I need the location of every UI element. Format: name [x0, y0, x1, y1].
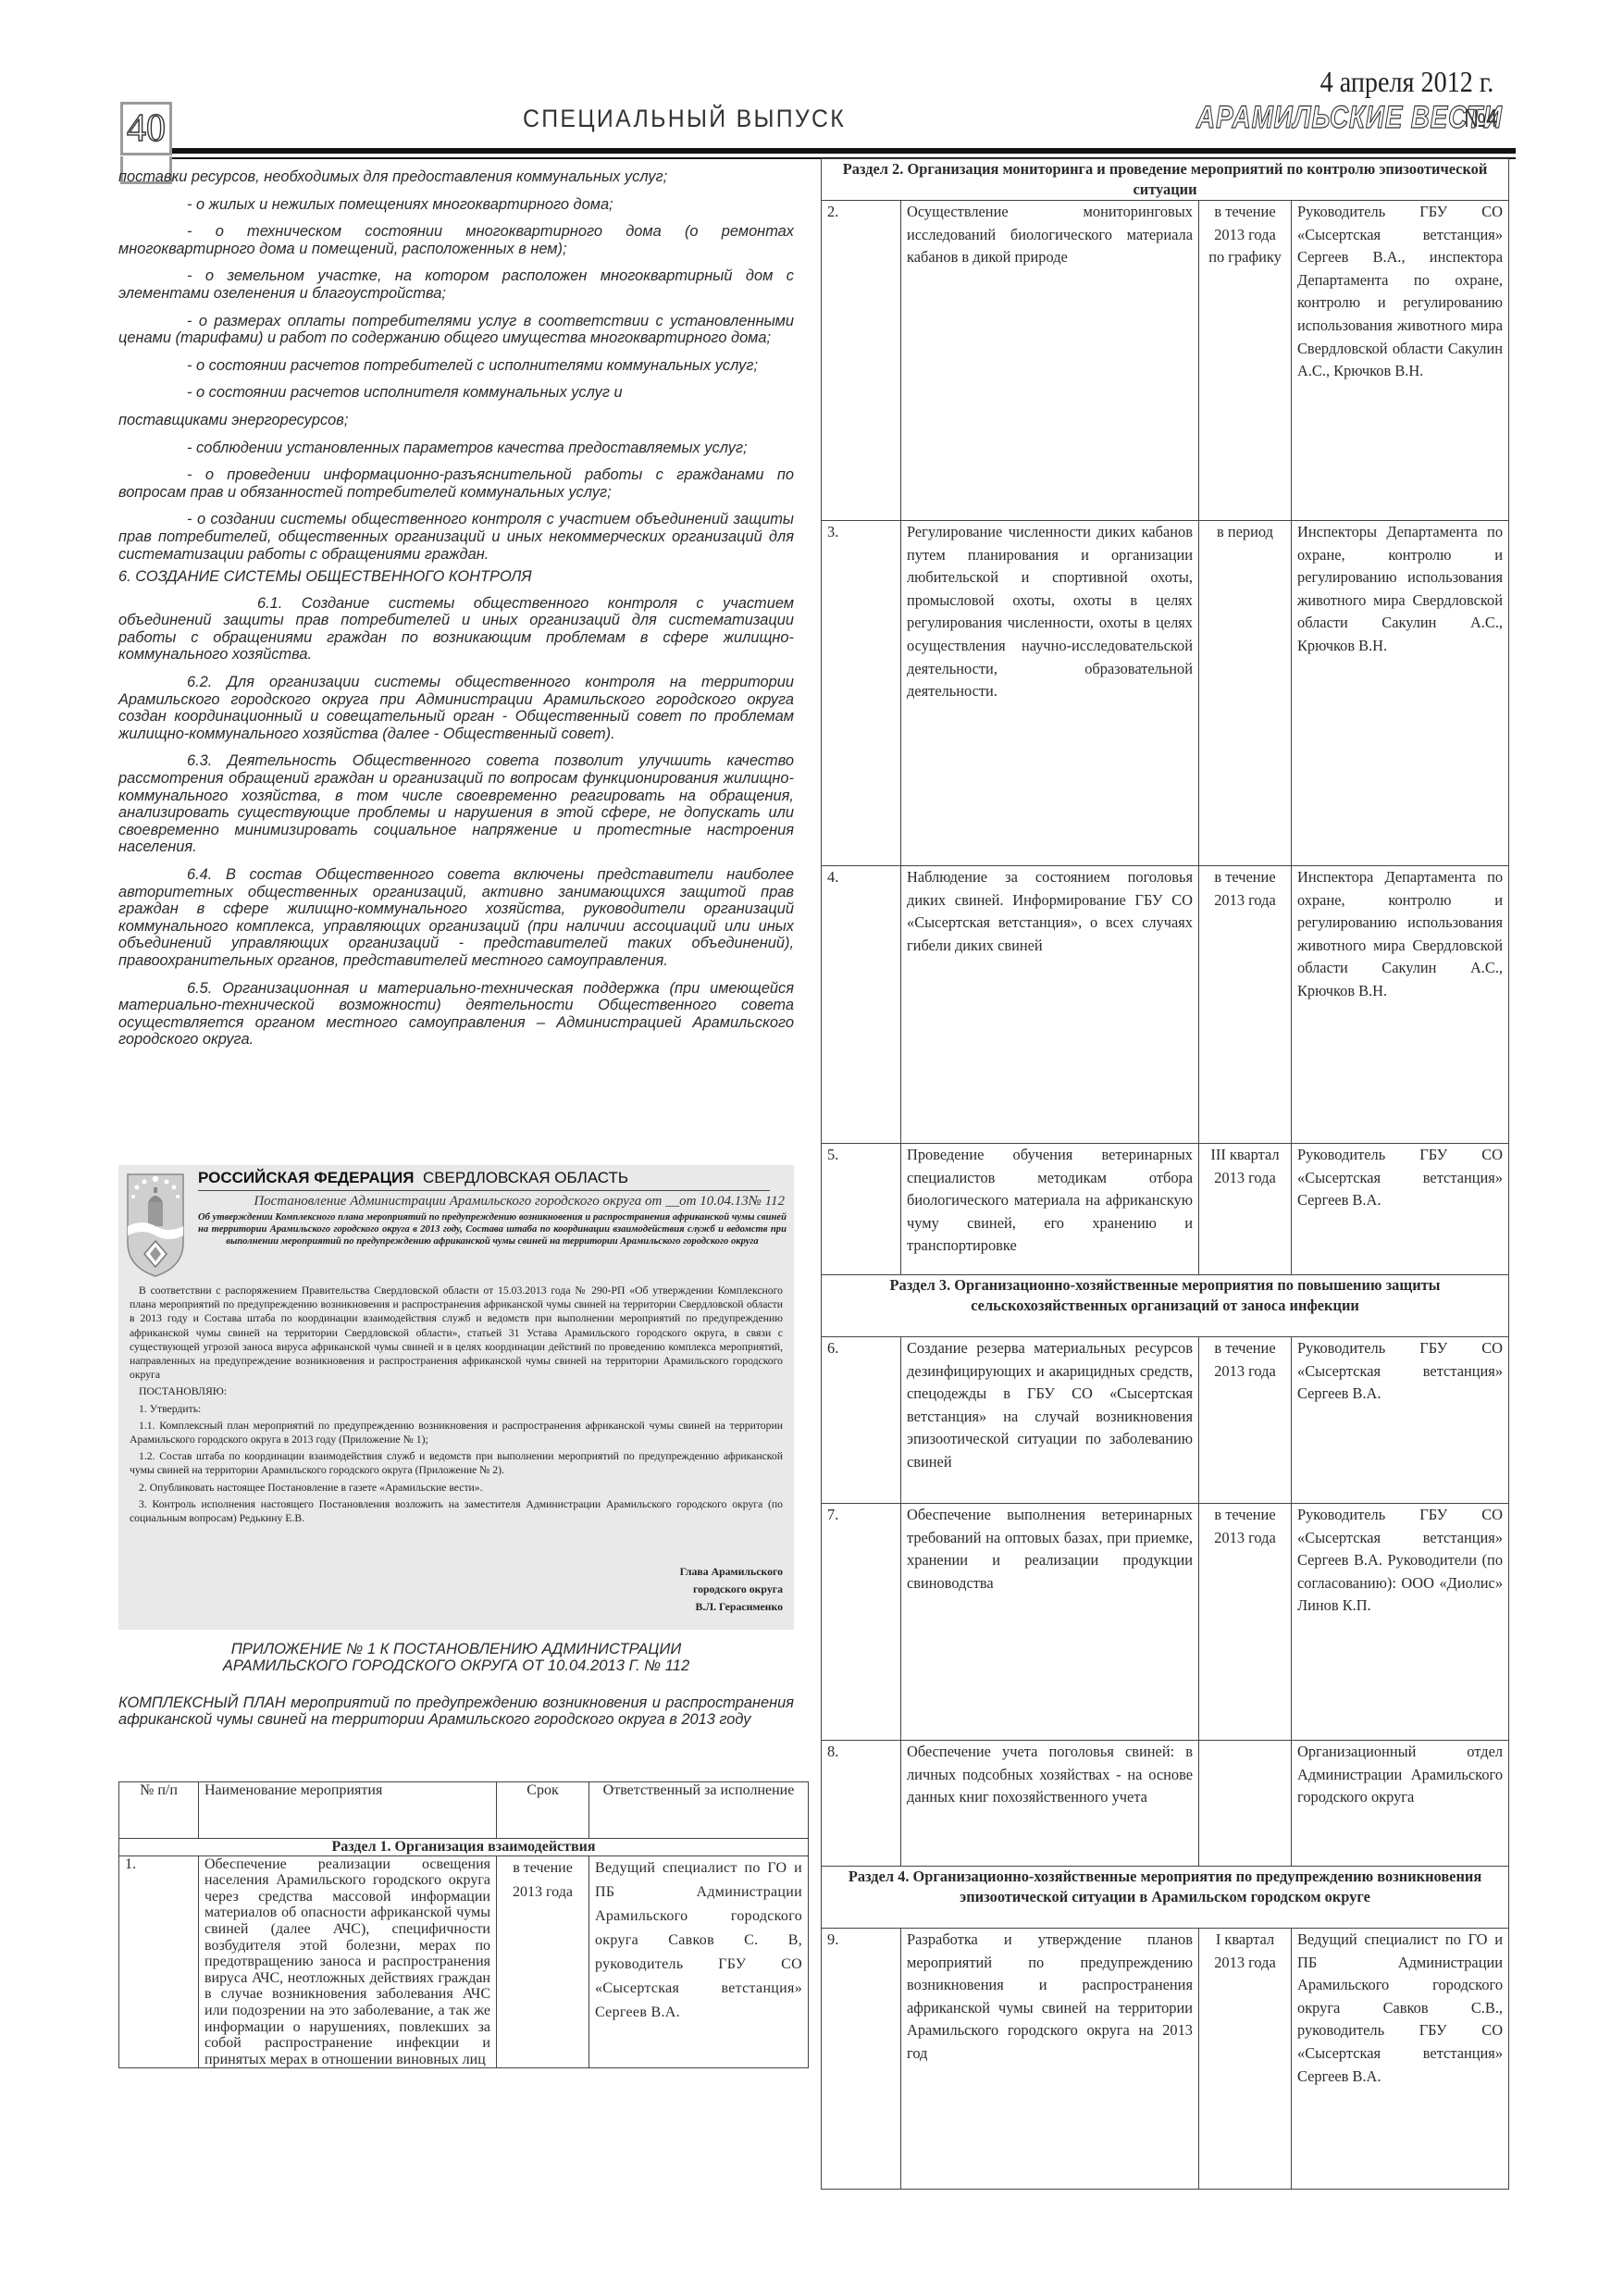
- row-term: в течение 2013 года: [497, 1855, 589, 2068]
- row-activity: Создание резерва материальных ресурсов д…: [901, 1337, 1199, 1504]
- paragraph: - соблюдении установленных параметров ка…: [118, 440, 794, 457]
- decree-paragraph: ПОСТАНОВЛЯЮ:: [130, 1384, 783, 1398]
- row-number: 3.: [822, 521, 901, 866]
- section-title: Раздел 4. Организационно-хозяйственные м…: [822, 1867, 1509, 1929]
- section-row: Раздел 4. Организационно-хозяйственные м…: [822, 1867, 1509, 1929]
- row-activity: Обеспечение реализации освещения населен…: [199, 1855, 497, 2068]
- row-activity: Осуществление мониторинговых исследовани…: [901, 201, 1199, 521]
- row-term: I квартал 2013 года: [1199, 1929, 1292, 2190]
- decree-country: РОССИЙСКАЯ ФЕДЕРАЦИЯ: [198, 1169, 414, 1186]
- row-responsible: Руководитель ГБУ СО «Сысертская ветстанц…: [1292, 1504, 1509, 1741]
- issue-number: №4: [1464, 104, 1497, 133]
- annex-title: ПРИЛОЖЕНИЕ № 1 К ПОСТАНОВЛЕНИЮ АДМИНИСТР…: [118, 1641, 794, 1674]
- row-number: 9.: [822, 1929, 901, 2190]
- column-header-activity: Наименование мероприятия: [199, 1782, 497, 1839]
- issue-date: 4 апреля 2012 г.: [1319, 65, 1493, 99]
- paragraph: - о состоянии расчетов исполнителя комму…: [118, 384, 794, 402]
- table-row: 6. Создание резерва материальных ресурсо…: [822, 1337, 1509, 1504]
- section-row: Раздел 3. Организационно-хозяйственные м…: [822, 1275, 1509, 1337]
- decree-paragraph: 1.2. Состав штаба по координации взаимод…: [130, 1449, 783, 1477]
- newspaper-page: 40 СПЕЦИАЛЬНЫЙ ВЫПУСК 4 апреля 2012 г. А…: [0, 0, 1623, 2296]
- table-row: 3. Регулирование численности диких кабан…: [822, 521, 1509, 866]
- row-activity: Обеспечение выполнения ветеринарных треб…: [901, 1504, 1199, 1741]
- row-number: 8.: [822, 1741, 901, 1867]
- header-rule: [172, 148, 1516, 154]
- annex-title-line: АРАМИЛЬСКОГО ГОРОДСКОГО ОКРУГА ОТ 10.04.…: [118, 1657, 794, 1674]
- row-term: в течение 2013 года: [1199, 866, 1292, 1144]
- row-term: в течение 2013 года: [1199, 1337, 1292, 1504]
- signature-line: городского округа: [680, 1581, 783, 1598]
- decree-state-line: РОССИЙСКАЯ ФЕДЕРАЦИЯ СВЕРДЛОВСКАЯ ОБЛАСТ…: [198, 1169, 770, 1191]
- section-row: Раздел 1. Организация взаимодействия: [119, 1839, 809, 1856]
- decree-box: РОССИЙСКАЯ ФЕДЕРАЦИЯ СВЕРДЛОВСКАЯ ОБЛАСТ…: [118, 1165, 794, 1630]
- row-number: 2.: [822, 201, 901, 521]
- row-activity: Разработка и утверждение планов мероприя…: [901, 1929, 1199, 2190]
- row-responsible: Организационный отдел Администрации Арам…: [1292, 1741, 1509, 1867]
- row-number: 1.: [119, 1855, 199, 2068]
- row-responsible: Инспектора Департамента по охране, контр…: [1292, 866, 1509, 1144]
- decree-paragraph: 3. Контроль исполнения настоящего Постан…: [130, 1497, 783, 1525]
- column-header-number: № п/п: [119, 1782, 199, 1839]
- row-activity: Проведение обучения ветеринарных специал…: [901, 1144, 1199, 1275]
- annex-title-line: ПРИЛОЖЕНИЕ № 1 К ПОСТАНОВЛЕНИЮ АДМИНИСТР…: [118, 1641, 794, 1657]
- page-number-box: 40: [120, 102, 172, 155]
- row-activity: Обеспечение учета поголовья свиней: в ли…: [901, 1741, 1199, 1867]
- paragraph: - о техническом состоянии многоквартирно…: [118, 223, 794, 257]
- newspaper-masthead: АРАМИЛЬСКИЕ ВЕСТИ: [1196, 100, 1503, 136]
- row-responsible: Ведущий специалист по ГО и ПБ Администра…: [589, 1855, 809, 2068]
- row-responsible: Ведущий специалист по ГО и ПБ Администра…: [1292, 1929, 1509, 2190]
- paragraph: - о создании системы общественного контр…: [118, 511, 794, 563]
- row-activity: Регулирование численности диких кабанов …: [901, 521, 1199, 866]
- table-row: 9. Разработка и утверждение планов мероп…: [822, 1929, 1509, 2190]
- section-label: СПЕЦИАЛЬНЫЙ ВЫПУСК: [523, 105, 846, 133]
- decree-signature: Глава Арамильского городского округа В.Л…: [680, 1563, 783, 1616]
- row-term: в течение 2013 года: [1199, 1504, 1292, 1741]
- table-row: 2. Осуществление мониторинговых исследов…: [822, 201, 1509, 521]
- coat-of-arms-icon: [126, 1171, 185, 1278]
- row-responsible: Руководитель ГБУ СО «Сысертская ветстанц…: [1292, 1144, 1509, 1275]
- plan-table-part-1: № п/п Наименование мероприятия Срок Отве…: [118, 1781, 809, 2068]
- table-header-row: № п/п Наименование мероприятия Срок Отве…: [119, 1782, 809, 1839]
- row-term: III квартал 2013 года: [1199, 1144, 1292, 1275]
- decree-paragraph: 1.1. Комплексный план мероприятий по пре…: [130, 1419, 783, 1446]
- row-responsible: Руководитель ГБУ СО «Сысертская ветстанц…: [1292, 201, 1509, 521]
- row-term: [1199, 1741, 1292, 1867]
- row-responsible: Инспекторы Департамента по охране, контр…: [1292, 521, 1509, 866]
- decree-paragraph: В соответствии с распоряжением Правитель…: [130, 1284, 783, 1382]
- signature-line: Глава Арамильского: [680, 1563, 783, 1581]
- clause: 6.2. Для организации системы общественно…: [118, 674, 794, 742]
- section-title: Раздел 1. Организация взаимодействия: [119, 1839, 809, 1856]
- section-heading: 6. СОЗДАНИЕ СИСТЕМЫ ОБЩЕСТВЕННОГО КОНТРО…: [118, 568, 794, 586]
- clause: 6.5. Организационная и материально-техни…: [118, 980, 794, 1049]
- paragraph: - о размерах оплаты потребителями услуг …: [118, 313, 794, 347]
- decree-paragraph: 2. Опубликовать настоящее Постановление …: [130, 1481, 783, 1495]
- article-left-column: поставки ресурсов, необходимых для предо…: [118, 168, 794, 1059]
- section-row: Раздел 2. Организация мониторинга и пров…: [822, 159, 1509, 201]
- row-responsible: Руководитель ГБУ СО «Сысертская ветстанц…: [1292, 1337, 1509, 1504]
- row-number: 5.: [822, 1144, 901, 1275]
- paragraph: - о состоянии расчетов потребителей с ис…: [118, 357, 794, 375]
- decree-title: Постановление Администрации Арамильского…: [198, 1194, 787, 1210]
- paragraph: поставки ресурсов, необходимых для предо…: [118, 168, 794, 186]
- section-title: Раздел 2. Организация мониторинга и пров…: [822, 159, 1509, 201]
- row-number: 4.: [822, 866, 901, 1144]
- table-row: 1. Обеспечение реализации освещения насе…: [119, 1855, 809, 2068]
- row-activity: Наблюдение за состоянием поголовья диких…: [901, 866, 1199, 1144]
- decree-paragraph: 1. Утвердить:: [130, 1402, 783, 1416]
- row-term: в течение 2013 года по графику: [1199, 201, 1292, 521]
- row-term: в период: [1199, 521, 1292, 866]
- paragraph: поставщиками энергоресурсов;: [118, 412, 794, 429]
- page-number: 40: [123, 105, 169, 153]
- decree-region: СВЕРДЛОВСКАЯ ОБЛАСТЬ: [423, 1169, 628, 1186]
- paragraph: - о земельном участке, на котором распол…: [118, 267, 794, 302]
- paragraph: - о проведении информационно-разъяснител…: [118, 466, 794, 501]
- table-row: 7. Обеспечение выполнения ветеринарных т…: [822, 1504, 1509, 1741]
- decree-body: В соответствии с распоряжением Правитель…: [130, 1284, 783, 1528]
- column-header-term: Срок: [497, 1782, 589, 1839]
- table-row: 8. Обеспечение учета поголовья свиней: в…: [822, 1741, 1509, 1867]
- plan-table-part-2: Раздел 2. Организация мониторинга и пров…: [821, 158, 1509, 2190]
- column-header-responsible: Ответственный за исполнение: [589, 1782, 809, 1839]
- decree-subject: Об утверждении Комплексного плана меропр…: [198, 1211, 787, 1247]
- section-title: Раздел 3. Организационно-хозяйственные м…: [822, 1275, 1509, 1337]
- clause: 6.3. Деятельность Общественного совета п…: [118, 752, 794, 856]
- clause: 6.1. Создание системы общественного конт…: [118, 595, 794, 664]
- row-number: 7.: [822, 1504, 901, 1741]
- decree-header: РОССИЙСКАЯ ФЕДЕРАЦИЯ СВЕРДЛОВСКАЯ ОБЛАСТ…: [198, 1169, 787, 1247]
- signature-line: В.Л. Герасименко: [680, 1598, 783, 1616]
- table-row: 4. Наблюдение за состоянием поголовья ди…: [822, 866, 1509, 1144]
- paragraph: - о жилых и нежилых помещениях многоквар…: [118, 196, 794, 214]
- plan-title: КОМПЛЕКСНЫЙ ПЛАН мероприятий по предупре…: [118, 1694, 794, 1728]
- clause: 6.4. В состав Общественного совета включ…: [118, 866, 794, 970]
- table-row: 5. Проведение обучения ветеринарных спец…: [822, 1144, 1509, 1275]
- row-number: 6.: [822, 1337, 901, 1504]
